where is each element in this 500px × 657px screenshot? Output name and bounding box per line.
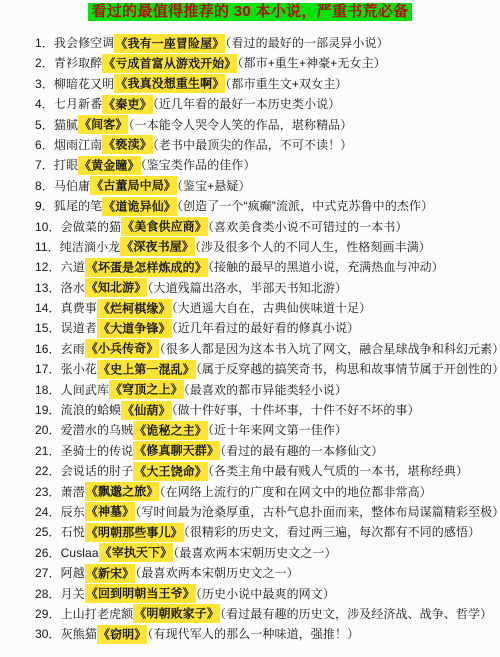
list-item: 26．Cuslaa《宰执天下》（最喜欢两本宋朝历史文之一） (0, 543, 500, 563)
item-book-title: 《知北游》 (85, 278, 148, 297)
item-comment: （接触的最早的黑道小说，充满热血与冲动） (208, 260, 444, 274)
item-number: 20． (35, 423, 61, 437)
item-number: 26． (35, 546, 61, 560)
item-comment: （很多人都是因为这本书入坑了网文，融合星球战争和科幻元素） (159, 342, 500, 356)
item-book-title: 《秦吏》 (102, 95, 152, 114)
item-book-title: 《美食供应商》 (121, 217, 208, 236)
book-recommendation-page: 看过的最值得推荐的 30 本小说，严重书荒必备 1．我会修空调《我有一座冒险屋》… (0, 0, 500, 657)
item-book-title: 《新宋》 (85, 564, 135, 583)
item-number: 27． (35, 566, 61, 580)
item-number: 6． (35, 138, 54, 152)
item-author: 狐尾的笔 (54, 199, 102, 213)
item-comment: （老书中最顶尖的作品，不可不读！） (153, 138, 353, 152)
item-author: 石悦 (61, 525, 85, 539)
item-number: 13． (35, 281, 61, 295)
item-author: 人间武库 (61, 383, 109, 397)
item-author: 猫腻 (54, 118, 78, 132)
item-comment: （很精彩的历史文，看过两三遍，每次都有不同的感悟） (184, 525, 481, 539)
item-book-title: 《间客》 (78, 115, 128, 134)
item-author: 烟雨江南 (54, 138, 102, 152)
list-item: 10．会做菜的猫《美食供应商》（喜欢美食类小说不可错过的一本书） (0, 217, 500, 237)
item-number: 30． (35, 627, 61, 641)
item-author: 月关 (61, 587, 85, 601)
item-number: 14． (35, 301, 61, 315)
list-item: 21．圣骑士的传说《修真聊天群》（看过的最有趣的一本修仙文） (0, 441, 500, 461)
list-item: 1．我会修空调《我有一座冒险屋》（看过的最好的一部灵异小说） (0, 33, 500, 53)
item-book-title: 《修真聊天群》 (133, 441, 220, 460)
list-item: 2．青衫取醉《亏成首富从游戏开始》（都市+重生+神豪+无女主） (0, 53, 500, 73)
list-item: 14．真费事《烂柯棋缘》（大逍遥大自在，古典仙侠味道十足） (0, 298, 500, 318)
item-author: 马伯庸 (54, 179, 90, 193)
item-number: 15． (35, 321, 61, 335)
item-comment: （各类主角中最有贱人气质的一本书，堪称经典） (208, 464, 468, 478)
item-author: 我会修空调 (54, 36, 115, 50)
item-number: 16． (35, 342, 61, 356)
item-author: 爱潜水的乌贼 (61, 423, 134, 437)
item-book-title: 《黄金瞳》 (78, 156, 141, 175)
item-author: 上山打老虎额 (61, 607, 134, 621)
item-comment: （历史小说中最爽的网文） (196, 587, 335, 601)
item-book-title: 《深夜书屋》 (120, 237, 195, 256)
list-item: 17．张小花《史上第一混乱》（属于反穿越的搞笑奇书，构思和故事情节属于开创性的） (0, 359, 500, 379)
item-number: 12． (35, 260, 61, 274)
item-number: 9． (35, 199, 54, 213)
item-author: 萧潜 (61, 485, 85, 499)
list-item: 3．柳暗花又明《我真没想重生啊》（都市重生文+双女主） (0, 74, 500, 94)
item-book-title: 《道诡异仙》 (102, 197, 177, 216)
item-book-title: 《飘邈之旅》 (85, 482, 160, 501)
list-item: 30．灰熊猫《窃明》（有现代军人的那么一种味道，强推！） (0, 624, 500, 644)
item-author: 张小花 (61, 362, 97, 376)
item-comment: （涉及很多个人的不同人生，性格刻画丰满） (195, 240, 431, 254)
item-comment: （做十件好事，十件坏事，十件不好不坏的事） (172, 403, 420, 417)
item-number: 18． (35, 383, 61, 397)
item-author: 打眼 (54, 158, 78, 172)
item-author: 辰东 (61, 505, 85, 519)
item-number: 11． (35, 240, 60, 254)
item-comment: （大逍遥大自在，古典仙侠味道十足） (172, 301, 372, 315)
item-book-title: 《亏成首富从游戏开始》 (102, 54, 237, 73)
list-item: 27．阿越《新宋》（最喜欢两本宋朝历史文之一） (0, 563, 500, 583)
list-item: 19．流浪的蛤蟆《仙葫》（做十件好事，十件坏事，十件不好不坏的事） (0, 400, 500, 420)
item-book-title: 《我有一座冒险屋》 (114, 34, 225, 53)
item-number: 1． (35, 36, 54, 50)
item-comment: （一本能令人哭令人笑的作品，堪称精品） (128, 118, 352, 132)
item-comment: （近几年看的最好一本历史类小说） (153, 97, 341, 111)
item-number: 24． (35, 505, 61, 519)
item-comment: （最喜欢两本宋朝历史文之一） (173, 546, 336, 560)
list-item: 22．会说话的肘子《大王饶命》（各类主角中最有贱人气质的一本书，堪称经典） (0, 461, 500, 481)
item-book-title: 《古董局中局》 (90, 176, 177, 195)
book-list: 1．我会修空调《我有一座冒险屋》（看过的最好的一部灵异小说） 2．青衫取醉《亏成… (0, 33, 500, 645)
item-number: 23． (35, 485, 61, 499)
item-book-title: 《我真没想重生啊》 (114, 74, 225, 93)
item-book-title: 《烂柯棋缘》 (97, 299, 172, 318)
list-item: 9．狐尾的笔《道诡异仙》（创造了一个“疯癫”流派，中式克苏鲁中的杰作） (0, 196, 500, 216)
item-comment: （近几年看过的最好看的修真小说） (172, 321, 360, 335)
item-author: 青衫取醉 (54, 56, 102, 70)
item-book-title: 《大道争锋》 (97, 319, 172, 338)
item-book-title: 《窃明》 (97, 625, 147, 644)
list-item: 29．上山打老虎额《明朝败家子》（看过最有趣的历史文，涉及经济战、战争、哲学） (0, 604, 500, 624)
page-title-row: 看过的最值得推荐的 30 本小说，严重书荒必备 (0, 0, 500, 21)
item-book-title: 《仙葫》 (121, 401, 171, 420)
list-item: 12．六道《坏蛋是怎样炼成的》（接触的最早的黑道小说，充满热血与冲动） (0, 257, 500, 277)
item-author: 洛水 (61, 281, 85, 295)
list-item: 8．马伯庸《古董局中局》（鉴宝+悬疑） (0, 176, 500, 196)
item-number: 28． (35, 587, 61, 601)
item-number: 29． (35, 607, 61, 621)
item-book-title: 《回到明朝当王爷》 (85, 584, 196, 603)
item-comment: （最喜欢两本宋朝历史文之一） (135, 566, 298, 580)
item-comment: （看过的最好的一部灵异小说） (225, 36, 388, 50)
item-author: Cuslaa (61, 546, 99, 560)
item-author: 七月新番 (54, 97, 102, 111)
list-item: 7．打眼《黄金瞳》（鉴宝类作品的佳作） (0, 155, 500, 175)
item-author: 流浪的蛤蟆 (61, 403, 122, 417)
item-comment: （近十年来网文第一佳作） (208, 423, 347, 437)
item-book-title: 《明朝败家子》 (133, 604, 220, 623)
page-title: 看过的最值得推荐的 30 本小说，严重书荒必备 (88, 3, 413, 21)
item-number: 8． (35, 179, 54, 193)
item-number: 5． (35, 118, 54, 132)
item-comment: （创造了一个“疯癫”流派，中式克苏鲁中的杰作） (177, 199, 433, 213)
item-author: 会说话的肘子 (61, 464, 134, 478)
item-author: 柳暗花又明 (54, 77, 115, 91)
item-book-title: 《大王饶命》 (133, 462, 208, 481)
item-author: 纯洁滴小龙 (60, 240, 121, 254)
item-comment: （看过的最有趣的一本修仙文） (220, 444, 383, 458)
item-number: 17． (35, 362, 61, 376)
item-comment: （属于反穿越的搞笑奇书，构思和故事情节属于开创性的） (196, 362, 500, 376)
item-number: 4． (35, 97, 54, 111)
list-item: 4．七月新番《秦吏》（近几年看的最好一本历史类小说） (0, 94, 500, 114)
item-book-title: 《穹顶之上》 (109, 380, 184, 399)
item-book-title: 《亵渎》 (102, 135, 152, 154)
list-item: 13．洛水《知北游》（大道残篇出洛水，半部天书知北游） (0, 278, 500, 298)
item-author: 误道者 (61, 321, 97, 335)
item-number: 21． (35, 444, 61, 458)
item-number: 22． (35, 464, 61, 478)
item-comment: （大道残篇出洛水，半部天书知北游） (147, 281, 347, 295)
item-book-title: 《小兵传奇》 (85, 339, 160, 358)
list-item: 11．纯洁滴小龙《深夜书屋》（涉及很多个人的不同人生，性格刻画丰满） (0, 237, 500, 257)
item-author: 玄雨 (61, 342, 85, 356)
list-item: 28．月关《回到明朝当王爷》（历史小说中最爽的网文） (0, 584, 500, 604)
item-author: 圣骑士的传说 (61, 444, 134, 458)
item-author: 会做菜的猫 (61, 220, 122, 234)
item-book-title: 《史上第一混乱》 (97, 360, 196, 379)
item-author: 阿越 (61, 566, 85, 580)
item-book-title: 《坏蛋是怎样炼成的》 (85, 258, 208, 277)
item-book-title: 《神墓》 (85, 502, 135, 521)
item-book-title: 《宰执天下》 (99, 543, 174, 562)
item-comment: （鉴宝+悬疑） (177, 179, 251, 193)
list-item: 16．玄雨《小兵传奇》（很多人都是因为这本书入坑了网文，融合星球战争和科幻元素） (0, 339, 500, 359)
item-number: 7． (35, 158, 54, 172)
list-item: 18．人间武库《穹顶之上》（最喜欢的都市异能类轻小说） (0, 380, 500, 400)
item-comment: （鉴宝类作品的佳作） (141, 158, 256, 172)
item-comment: （都市重生文+双女主） (225, 77, 347, 91)
list-item: 25．石悦《明朝那些事儿》（很精彩的历史文，看过两三遍，每次都有不同的感悟） (0, 522, 500, 542)
item-number: 19． (35, 403, 61, 417)
item-comment: （有现代军人的那么一种味道，强推！） (147, 627, 359, 641)
item-author: 真费事 (61, 301, 97, 315)
item-comment: （都市+重生+神豪+无女主） (237, 56, 385, 70)
item-number: 3． (35, 77, 54, 91)
item-comment: （写时间最为沧桑厚重，古朴气息扑面而来，整体布局谋篇精彩至极） (135, 505, 500, 519)
list-item: 24．辰东《神墓》（写时间最为沧桑厚重，古朴气息扑面而来，整体布局谋篇精彩至极） (0, 502, 500, 522)
item-author: 灰熊猫 (61, 627, 97, 641)
item-comment: （最喜欢的都市异能类轻小说） (184, 383, 347, 397)
item-number: 2． (35, 56, 54, 70)
list-item: 23．萧潜《飘邈之旅》（在网络上流行的广度和在网文中的地位都非常高） (0, 482, 500, 502)
list-item: 5．猫腻《间客》（一本能令人哭令人笑的作品，堪称精品） (0, 115, 500, 135)
item-book-title: 《明朝那些事儿》 (85, 523, 184, 542)
list-item: 20．爱潜水的乌贼《诡秘之主》（近十年来网文第一佳作） (0, 420, 500, 440)
list-item: 15．误道者《大道争锋》（近几年看过的最好看的修真小说） (0, 318, 500, 338)
item-number: 10． (35, 220, 61, 234)
item-comment: （在网络上流行的广度和在网文中的地位都非常高） (159, 485, 431, 499)
item-number: 25． (35, 525, 61, 539)
item-comment: （喜欢美食类小说不可错过的一本书） (208, 220, 408, 234)
list-item: 6．烟雨江南《亵渎》（老书中最顶尖的作品，不可不读！） (0, 135, 500, 155)
item-book-title: 《诡秘之主》 (133, 421, 208, 440)
item-author: 六道 (61, 260, 85, 274)
item-comment: （看过最有趣的历史文，涉及经济战、战争、哲学） (220, 607, 492, 621)
